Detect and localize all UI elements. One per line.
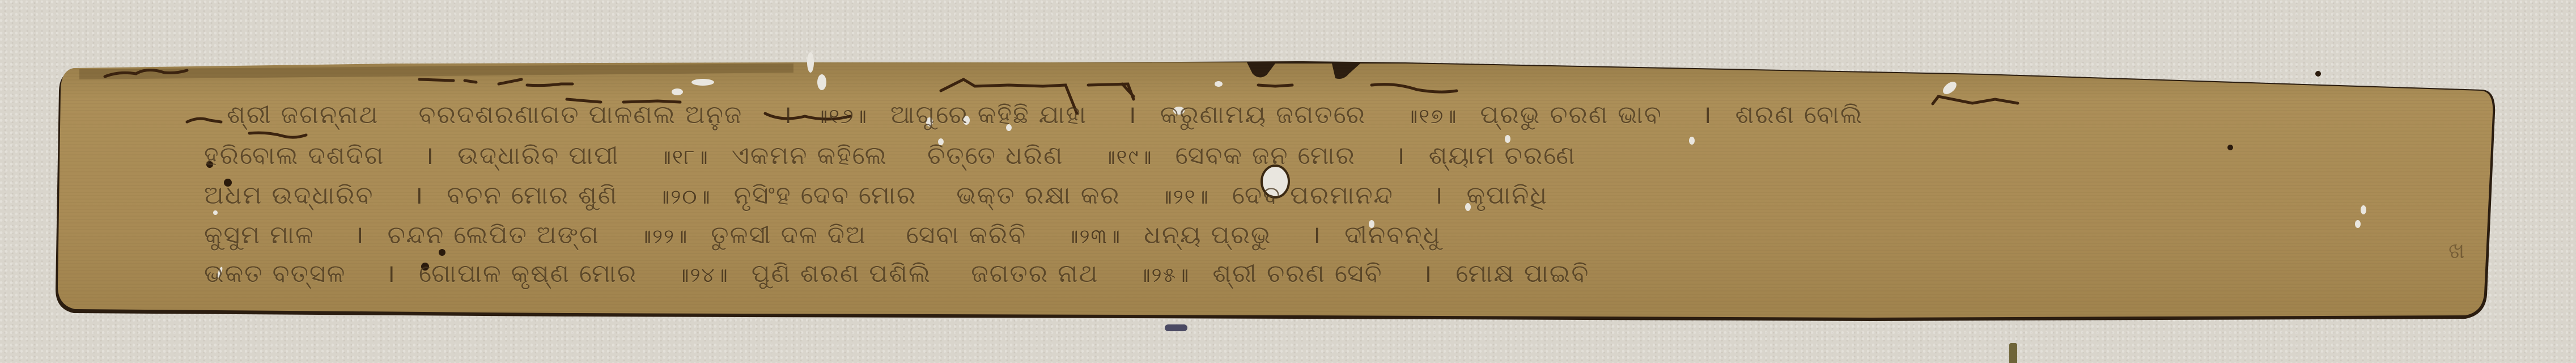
text-segment: ଧନ୍ୟ ପ୍ରଭୁ [1144, 221, 1271, 250]
text-segment: ଆଗୁରେ କହିଛି ଯାହା [890, 100, 1087, 129]
text-segment: ଚନ୍ଦନ ଲେପିତ ଅଙ୍ଗ [388, 221, 600, 250]
verse-number: ॥୧୯॥ [1103, 146, 1152, 169]
text-segment: ଶ୍ୟାମ ଚରଣେ [1429, 141, 1576, 170]
text-line-5: ଭକତ ବତ୍ସଳ।ଗୋପାଳ କୃଷ୍ଣ ମୋର॥୨୪॥ପୁଣି ଶରଣ ପଶ… [204, 255, 1629, 289]
verse-number: ॥୧୬॥ [816, 105, 868, 128]
text-segment: ଶ୍ରୀ ଜଗନ୍ନାଥ [227, 100, 379, 129]
verse-number: ॥୨୫॥ [1138, 264, 1190, 287]
verse-number: ॥୧୮॥ [659, 146, 709, 169]
text-segment: ପୁଣି ଶରଣ ପଶିଲି [752, 259, 931, 288]
danda-mark: । [1423, 259, 1433, 288]
danda-mark: । [424, 141, 435, 170]
verse-number: ॥୨୧॥ [1160, 185, 1210, 209]
text-segment: କୃପାନିଧି [1467, 181, 1548, 210]
text-segment: ପ୍ରଭୁ ଚରଣ ଭାବ [1480, 100, 1662, 129]
text-segment: ସେବା କରିବି [906, 221, 1027, 250]
text-segment: ବଚନ ମୋର ଶୁଣି [447, 181, 618, 210]
manuscript-text-block: ଶ୍ରୀ ଜଗନ୍ନାଥବରଦଶରଣାଗତ ପାଳଣଲ ଅନୁଜ।॥୧୬॥ଆଗୁ… [227, 85, 2437, 301]
verse-number: ॥୨୪॥ [677, 264, 729, 287]
text-line-4: କୁସୁମ ମାଳ।ଚନ୍ଦନ ଲେପିତ ଅଙ୍ଗ॥୨୨॥ତୁଳସୀ ଦଳ ଦ… [204, 217, 1480, 251]
text-segment: ଶରଣ ବୋଲି [1735, 100, 1864, 129]
text-segment: ଭକ୍ତ ରକ୍ଷା କର [956, 181, 1120, 210]
text-segment: ଗୋପାଳ କୃଷ୍ଣ ମୋର [419, 259, 637, 288]
text-segment: ଶ୍ରୀ ଚରଣ ସେବି [1212, 259, 1382, 288]
danda-mark: । [1127, 100, 1138, 129]
verse-number: ॥୧୭॥ [1406, 105, 1457, 128]
text-segment: ହରିବୋଲ ଦଶଦିଗ [204, 141, 384, 170]
text-segment: ମୋକ୍ଷ ପାଇବି [1455, 259, 1589, 288]
margin-folio-mark: ଖ [2448, 238, 2464, 264]
text-line-1: ଶ୍ରୀ ଜଗନ୍ନାଥବରଦଶରଣାଗତ ପାଳଣଲ ଅନୁଜ।॥୧୬॥ଆଗୁ… [227, 96, 1903, 130]
verse-number: ॥୨୦॥ [657, 185, 711, 209]
manuscript-photo: ଶ୍ରୀ ଜଗନ୍ନାଥବରଦଶରଣାଗତ ପାଳଣଲ ଅନୁଜ।॥୧୬॥ଆଗୁ… [0, 0, 2576, 363]
text-segment: ଚିତ୍ତେ ଧରିଣ [927, 141, 1063, 170]
debris-fragment [2009, 343, 2017, 363]
danda-mark: । [414, 181, 425, 210]
text-segment: କରୁଣାମୟ ଜଗତରେ [1160, 100, 1366, 129]
text-segment: ତୁଳସୀ ଦଳ ଦିଅ [711, 221, 866, 250]
danda-mark: । [354, 221, 365, 250]
danda-mark: । [1395, 141, 1406, 170]
text-segment: ଦେବ ପରମାନନ୍ଦ [1232, 181, 1394, 210]
text-segment: କୁସୁମ ମାଳ [204, 221, 315, 250]
danda-mark: । [1433, 181, 1444, 210]
danda-mark: । [1702, 100, 1713, 129]
text-line-2: ହରିବୋଲ ଦଶଦିଗ।ଉଦ୍ଧାରିବ ପାପୀ॥୧୮॥ଏକମନ କହିଲେ… [204, 137, 1616, 171]
verse-number: ॥୨୨॥ [639, 225, 688, 248]
stray-ink-mark [1165, 324, 1187, 331]
text-line-3: ଅଧମ ଉଦ୍ଧାରିବ।ବଚନ ମୋର ଶୁଣି॥୨୦॥ନୃସିଂହ ଦେବ … [204, 177, 1588, 211]
text-segment: ବରଦଶରଣାଗତ ପାଳଣଲ ଅନୁଜ [418, 100, 742, 129]
danda-mark: । [782, 100, 793, 129]
verse-number: ॥୨୩॥ [1066, 225, 1121, 248]
text-segment: ଉଦ୍ଧାରିବ ପାପୀ [457, 141, 619, 170]
text-segment: ଦୀନବନ୍ଧୁ [1344, 221, 1441, 250]
text-segment: ଅଧମ ଉଦ୍ଧାରିବ [204, 181, 374, 210]
text-segment: ଭକତ ବତ୍ସଳ [204, 259, 346, 288]
text-segment: ସେବକ ଜନ ମୋର [1175, 141, 1356, 170]
danda-mark: । [1311, 221, 1322, 250]
text-segment: ଜଗତର ନାଥ [971, 259, 1098, 288]
text-segment: ନୃସିଂହ ଦେବ ମୋର [734, 181, 917, 210]
text-segment: ଏକମନ କହିଲେ [732, 141, 888, 170]
palm-leaf: ଶ୍ରୀ ଜଗନ୍ନାଥବରଦଶରଣାଗତ ପାଳଣଲ ଅନୁଜ।॥୧୬॥ଆଗୁ… [0, 0, 2576, 363]
danda-mark: । [385, 259, 396, 288]
